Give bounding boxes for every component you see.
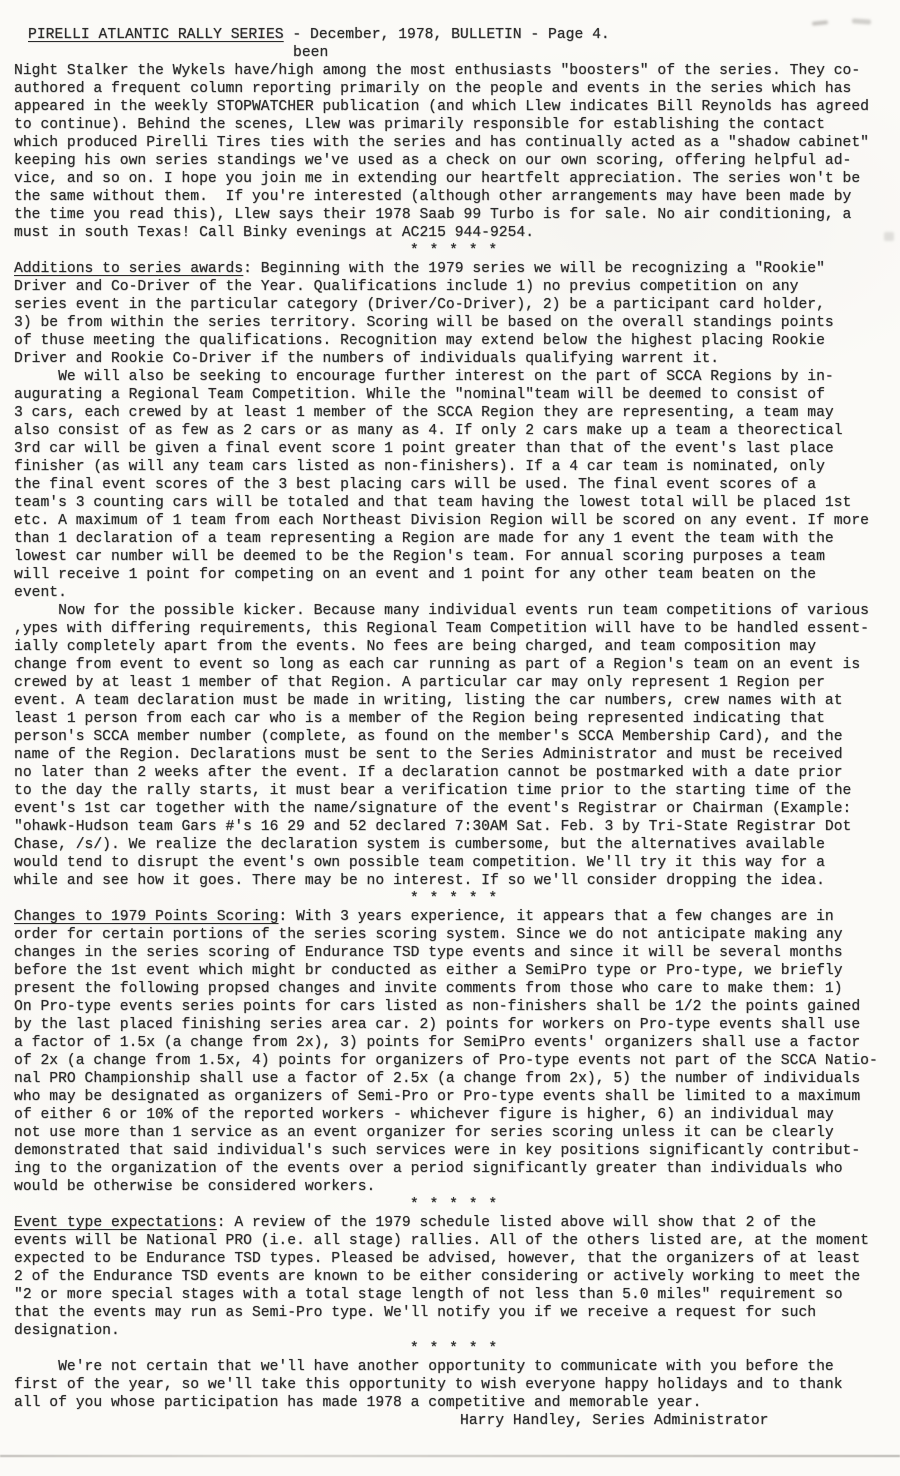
page-title-rest: - December, 1978, BULLETIN - Page 4. — [284, 27, 610, 43]
page-title: PIRELLI ATLANTIC RALLY SERIES - December… — [14, 26, 894, 44]
section-points-scoring: Changes to 1979 Points Scoring: With 3 y… — [14, 908, 894, 1196]
series-title: PIRELLI ATLANTIC RALLY SERIES — [28, 27, 284, 43]
typed-correction-been: been — [293, 44, 894, 62]
section-event-types-first-line: Event type expectations: A review of the… — [14, 1214, 894, 1232]
section-scoring-heading-rest: : With 3 years experience, it appears th… — [278, 909, 833, 925]
closing-paragraph: We're not certain that we'll have anothe… — [14, 1358, 894, 1412]
page-content: PIRELLI ATLANTIC RALLY SERIES - December… — [14, 26, 894, 1430]
asterisk-separator: * * * * * — [14, 1196, 894, 1214]
kicker-paragraph: Now for the possible kicker. Because man… — [14, 602, 894, 890]
scan-smudge — [852, 18, 871, 24]
section-event-types-body: events will be National PRO (i.e. all st… — [14, 1232, 894, 1340]
intro-paragraph: Night Stalker the Wykels have/high among… — [14, 62, 894, 242]
section-event-types-heading: Event type expectations — [14, 1215, 217, 1231]
asterisk-separator: * * * * * — [14, 242, 894, 260]
section-scoring-first-line: Changes to 1979 Points Scoring: With 3 y… — [14, 908, 894, 926]
scan-smudge — [884, 232, 894, 241]
section-event-types: Event type expectations: A review of the… — [14, 1214, 894, 1340]
section-scoring-heading: Changes to 1979 Points Scoring — [14, 909, 278, 925]
section-additions-body: Driver and Co-Driver of the Year. Qualif… — [14, 278, 894, 368]
regional-team-paragraph: We will also be seeking to encourage fur… — [14, 368, 894, 602]
scan-edge-line — [0, 1455, 900, 1457]
asterisk-separator: * * * * * — [14, 1340, 894, 1358]
asterisk-separator: * * * * * — [14, 890, 894, 908]
section-additions-heading: Additions to series awards — [14, 261, 243, 277]
scanned-bulletin-page: PIRELLI ATLANTIC RALLY SERIES - December… — [0, 0, 900, 1476]
scan-smudge — [812, 20, 828, 26]
section-event-types-heading-rest: : A review of the 1979 schedule listed a… — [217, 1215, 816, 1231]
section-additions-first-line: Additions to series awards: Beginning wi… — [14, 260, 894, 278]
section-additions-to-awards: Additions to series awards: Beginning wi… — [14, 260, 894, 368]
signature: Harry Handley, Series Administrator — [460, 1412, 894, 1430]
section-additions-heading-rest: : Beginning with the 1979 series we will… — [243, 261, 825, 277]
section-scoring-body: order for certain portions of the series… — [14, 926, 894, 1196]
